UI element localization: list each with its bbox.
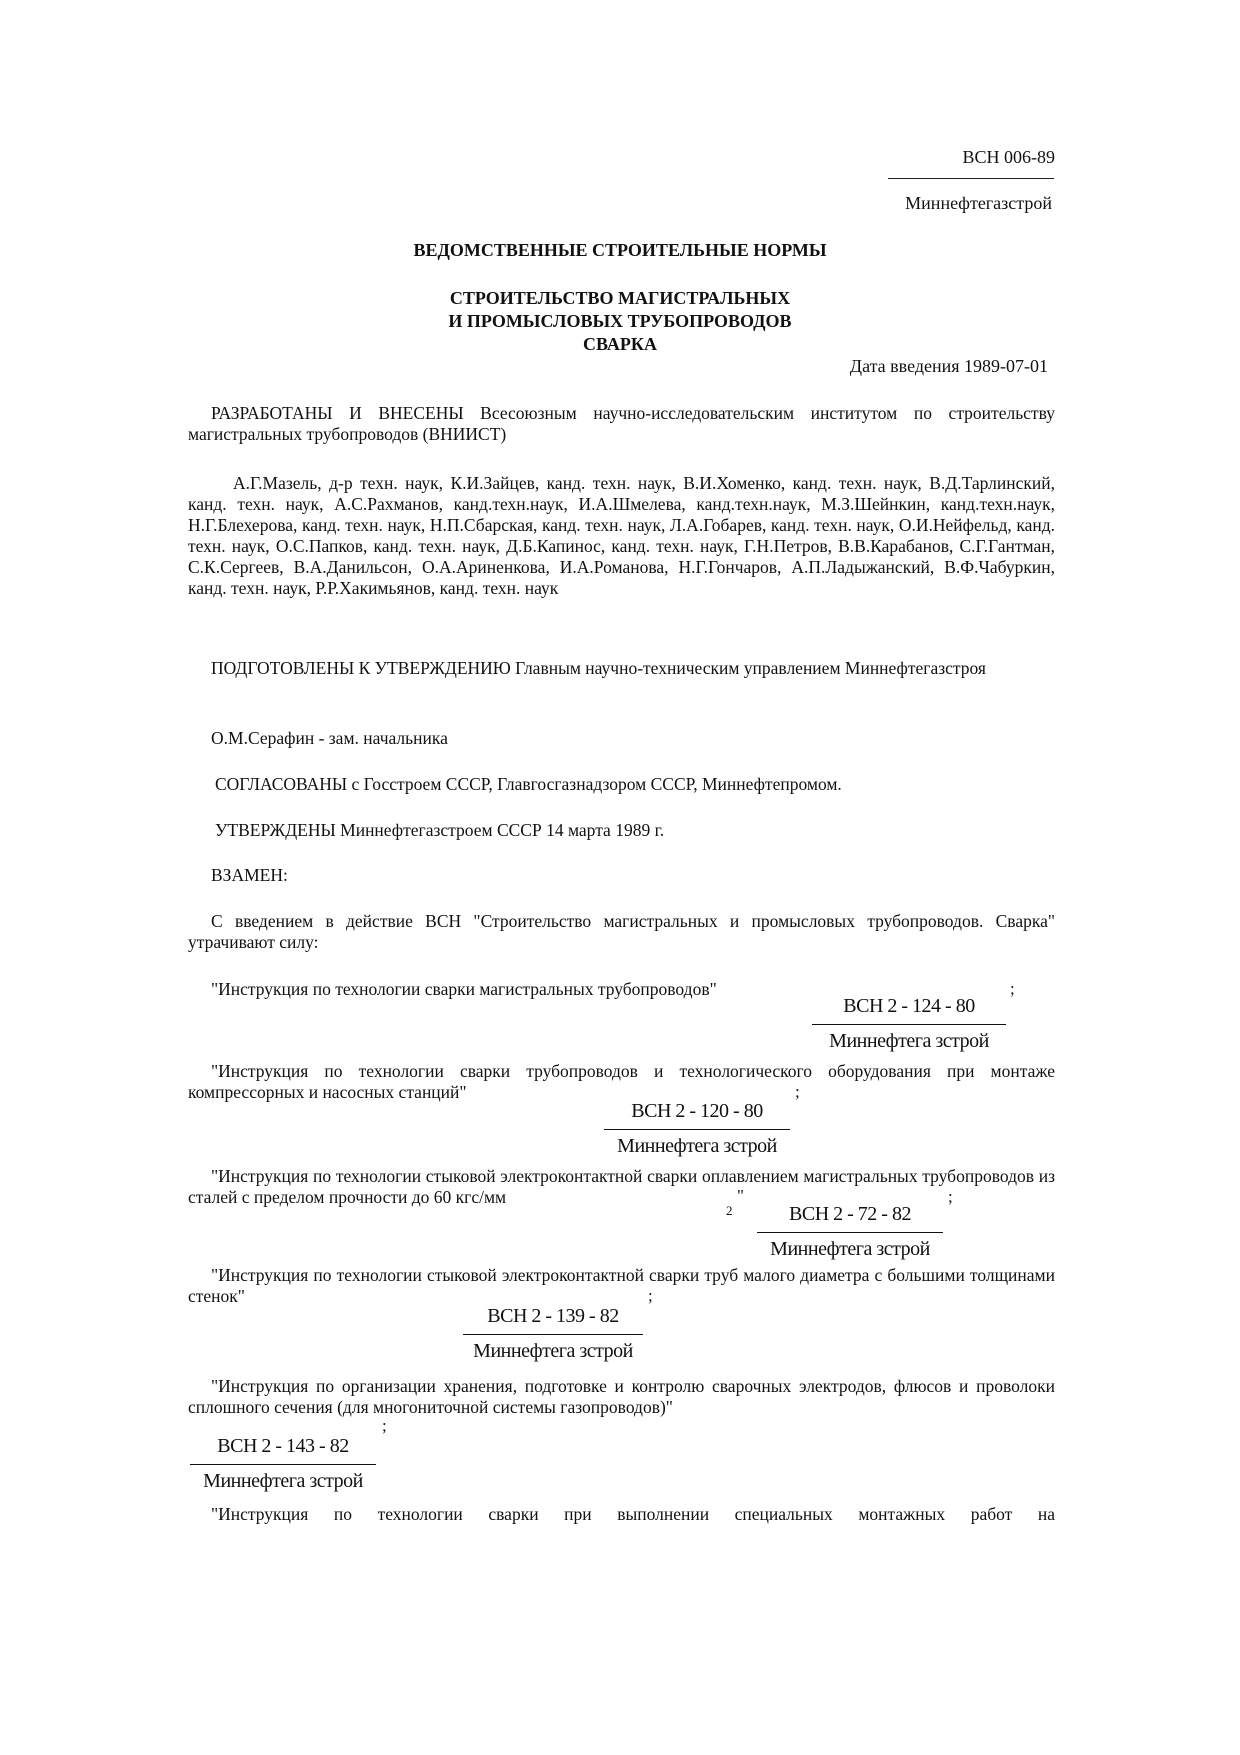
document-title: СТРОИТЕЛЬСТВО МАГИСТРАЛЬНЫХ И ПРОМЫСЛОВЫ… [300,287,940,356]
replaced-doc-4-separator: ; [648,1286,653,1306]
title-line-2: И ПРОМЫСЛОВЫХ ТРУБОПРОВОДОВ [300,310,940,333]
instead-line: ВЗАМЕН: [188,865,1055,886]
approved-line: УТВЕРЖДЕНЫ Миннефтегазстроем СССР 14 мар… [188,820,1055,841]
replaced-doc-1-ministry: Миннефтега зстрой [812,1027,1006,1055]
prepared-by-line: О.М.Серафин - зам. начальника [188,728,1055,749]
document-code: ВСН 006-89 [840,147,1055,168]
replaced-doc-4-code-fraction: ВСН 2 - 139 - 82 Миннефтега зстрой [463,1302,643,1365]
replaced-doc-5: "Инструкция по организации хранения, под… [188,1376,1055,1418]
replaced-doc-5-ministry: Миннефтега зстрой [190,1467,376,1495]
fraction-bar [604,1129,790,1130]
developed-paragraph: РАЗРАБОТАНЫ И ВНЕСЕНЫ Всесоюзным научно-… [188,403,1055,445]
replaced-doc-2-ministry: Миннефтега зстрой [604,1132,790,1160]
title-line-1: СТРОИТЕЛЬСТВО МАГИСТРАЛЬНЫХ [300,287,940,310]
replaced-doc-4: "Инструкция по технологии стыковой элект… [188,1265,1055,1307]
title-line-3: СВАРКА [300,333,940,356]
replaced-doc-6: "Инструкция по технологии сварки при вып… [188,1504,1055,1525]
fraction-bar [463,1334,643,1335]
fraction-bar [190,1464,376,1465]
effective-date: Дата введения 1989-07-01 [740,356,1048,377]
replaced-doc-4-ministry: Миннефтега зстрой [463,1337,643,1365]
replaced-doc-2-separator: ; [795,1082,800,1102]
replaced-doc-5-code-fraction: ВСН 2 - 143 - 82 Миннефтега зстрой [190,1432,376,1495]
replaced-doc-3-code: ВСН 2 - 72 - 82 [757,1200,943,1228]
replaced-doc-2-code-fraction: ВСН 2 - 120 - 80 Миннефтега зстрой [604,1097,790,1160]
replaced-doc-3-ministry: Миннефтега зстрой [757,1235,943,1263]
replaced-doc-1-separator: ; [1010,979,1015,999]
replaced-doc-3-separator: ; [948,1187,953,1207]
replaced-intro-paragraph: С введением в действие ВСН "Строительств… [188,911,1055,953]
ministry-name: Миннефтегазстрой [840,193,1052,214]
replaced-doc-3-quote: " [737,1186,744,1206]
header-underline [888,178,1054,179]
replaced-doc-2-code: ВСН 2 - 120 - 80 [604,1097,790,1125]
fraction-bar [757,1232,943,1233]
replaced-doc-3-superscript: 2 [726,1203,733,1219]
document-type-title: ВЕДОМСТВЕННЫЕ СТРОИТЕЛЬНЫЕ НОРМЫ [300,240,940,261]
fraction-bar [812,1024,1006,1025]
authors-paragraph: А.Г.Мазель, д-р техн. наук, К.И.Зайцев, … [188,473,1055,599]
replaced-doc-5-separator: ; [382,1416,387,1436]
agreed-line: СОГЛАСОВАНЫ с Госстроем СССР, Главгосгаз… [188,774,1055,795]
prepared-paragraph: ПОДГОТОВЛЕНЫ К УТВЕРЖДЕНИЮ Главным научн… [188,658,1055,679]
replaced-doc-3-code-fraction: ВСН 2 - 72 - 82 Миннефтега зстрой [757,1200,943,1263]
replaced-doc-1-code-fraction: ВСН 2 - 124 - 80 Миннефтега зстрой [812,992,1006,1055]
replaced-doc-1-code: ВСН 2 - 124 - 80 [812,992,1006,1020]
replaced-doc-4-code: ВСН 2 - 139 - 82 [463,1302,643,1330]
replaced-doc-5-code: ВСН 2 - 143 - 82 [190,1432,376,1460]
